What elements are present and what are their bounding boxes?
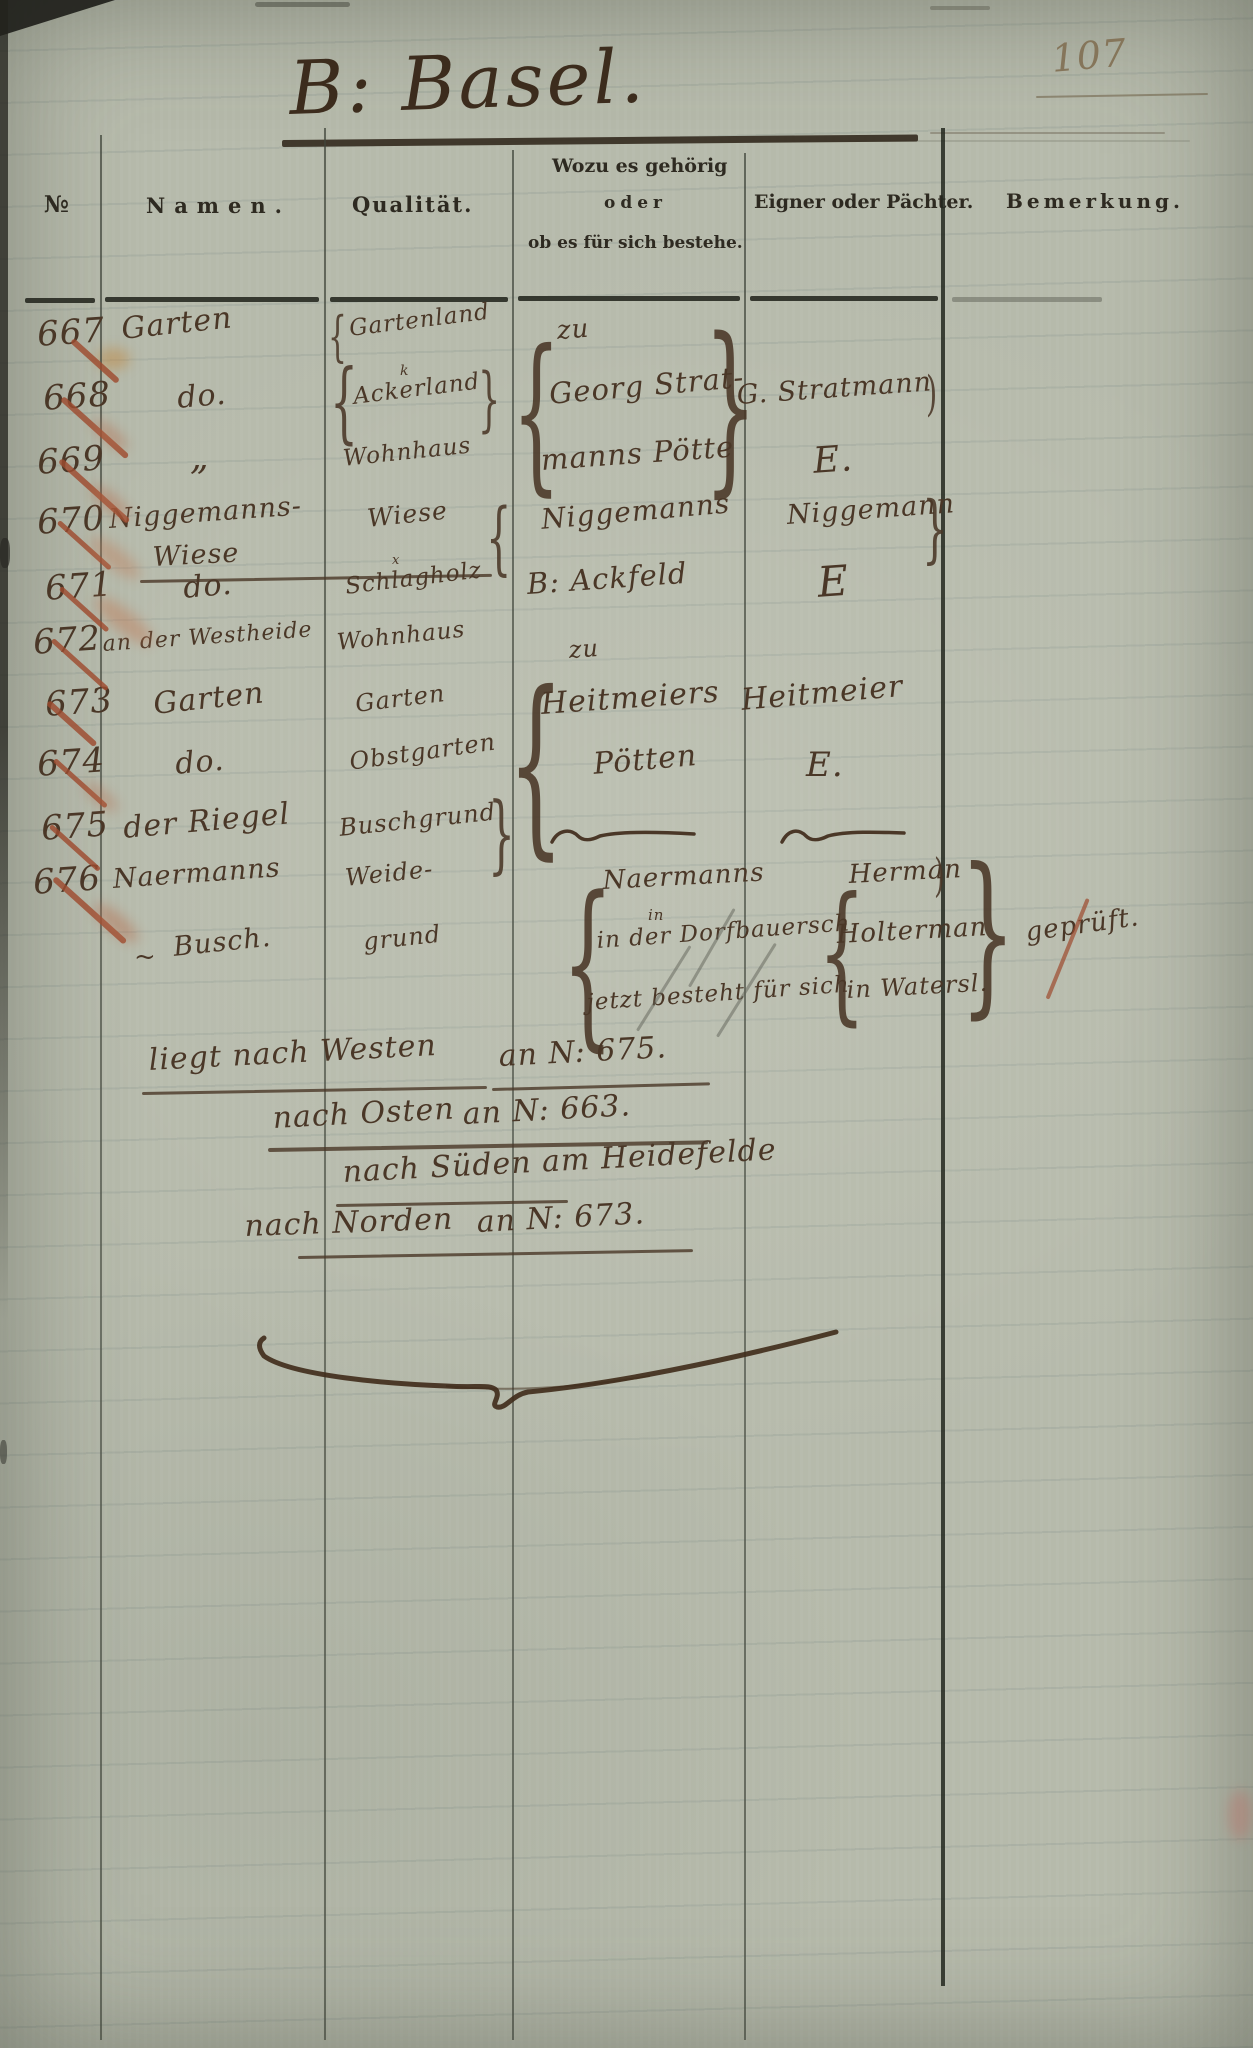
row-675-qual: Buschgrund [338, 800, 497, 840]
page-edge-corner [0, 0, 115, 36]
boundary-west-ref: an N: 675. [498, 1033, 668, 1072]
flourish-eigner-676: ) [934, 852, 945, 898]
column-rule-namen [324, 128, 326, 2040]
header-bemerkung: Bemerkung. [1006, 190, 1184, 212]
ditto-squiggle-eigner-675 [778, 824, 908, 850]
row-667-qual: Gartenland [348, 301, 491, 341]
row-676-name-tilde: ~ [134, 944, 157, 970]
page-edge-top-1 [255, 2, 350, 7]
boundary-north-ref: an N: 673. [476, 1199, 646, 1238]
stain-right-pink [1228, 1790, 1252, 1840]
row-673-wozu: Heitmeiers [540, 678, 721, 720]
row-671-qual-sup: x [392, 554, 400, 567]
flourish-eigner-668: ) [926, 370, 937, 418]
brace-eigner-676: { [818, 878, 866, 1028]
register-page: 107 B: Basel. № Namen. Qualität. Wozu es… [0, 0, 1253, 2048]
row-676-name2: Busch. [172, 924, 272, 961]
title-underline-ext [930, 132, 1165, 134]
row-672-wozu: zu [568, 636, 600, 662]
brace-eigner-670: } [922, 492, 948, 566]
row-670-name: Niggemanns- [108, 493, 303, 533]
row-671-qual: Schlagholz [344, 559, 483, 599]
header-rule-1 [25, 298, 95, 303]
page-edge-left [0, 0, 8, 1320]
brace-bemerkung-676: } [960, 846, 1016, 1021]
row-671-name: do. [182, 570, 234, 604]
header-wozu-line2: oder [604, 194, 667, 213]
page-edge-mark-1 [0, 538, 10, 568]
boundary-north-underline [298, 1249, 693, 1259]
row-667-no: 667 [36, 313, 106, 352]
row-670-wozu: Niggemanns [540, 489, 731, 533]
header-wozu-line1: Wozu es gehörig [552, 156, 727, 177]
row-676-qual2: grund [362, 922, 442, 954]
row-671-eigner: E [816, 560, 851, 604]
row-673-name: Garten [152, 678, 266, 719]
red-smudge-676 [89, 898, 143, 948]
row-676-name: Naermanns [112, 854, 281, 893]
row-676-eigner: Herman [848, 856, 963, 888]
header-wozu-line3: ob es für sich bestehe. [528, 234, 743, 253]
row-673-qual: Garten [354, 681, 447, 716]
row-668-qual-sup: k [400, 364, 409, 378]
page-number: 107 [1050, 33, 1129, 77]
row-668-eigner: G. Stratmann [736, 368, 933, 409]
row-669-qual: Wohnhaus [342, 435, 472, 471]
row-672-qual: Wohnhaus [336, 619, 466, 655]
row-676-qual: Weide- [344, 857, 434, 890]
brace-qual-670: { [486, 498, 511, 578]
header-namen: Namen. [146, 194, 291, 217]
row-676-wozu: Naermanns [602, 860, 765, 894]
page-title: B: Basel. [288, 40, 648, 126]
row-674-qual: Obstgarten [348, 729, 497, 773]
row-675-name: der Riegel [122, 799, 291, 843]
row-673-eigner: Heitmeier [740, 672, 904, 716]
column-rule-eigner [941, 128, 945, 1986]
closing-flourish [250, 1318, 850, 1418]
row-676-wozu2-sup: in [648, 908, 664, 923]
brace-qual-668-close: } [478, 364, 500, 434]
row-674-wozu: Pötten [592, 741, 698, 780]
row-667-name: Garten [120, 303, 234, 344]
row-674-eigner: E. [806, 748, 844, 782]
page-number-underline [1036, 93, 1208, 98]
page-edge-mark-2 [0, 1440, 7, 1464]
row-669-eigner: E. [812, 441, 854, 480]
row-668-name: do. [176, 380, 228, 414]
title-underline [282, 134, 918, 147]
boundary-east-ref: an N: 663. [462, 1091, 632, 1130]
ditto-squiggle-wozu-675 [548, 824, 698, 850]
header-qualitaet: Qualität. [352, 193, 473, 216]
boundary-west-label: liegt nach Westen [148, 1031, 437, 1076]
row-668-qual: Ackerland [352, 370, 481, 408]
boundary-south-label: nach Süden am Heidefelde [342, 1135, 777, 1188]
row-667-wozu: zu [556, 316, 590, 344]
header-rule-6 [952, 297, 1102, 302]
row-671-wozu: B: Ackfeld [526, 559, 688, 599]
row-669-name: „ [190, 440, 210, 476]
row-674-name: do. [174, 746, 226, 780]
brace-wozu-676: { [562, 874, 614, 1054]
boundary-east-label: nach Osten [272, 1094, 455, 1133]
brace-qual-675: } [488, 792, 515, 877]
row-676-wozu3: jetzt besteht für sich [586, 974, 850, 1015]
page-edge-top-2 [930, 6, 990, 10]
header-rule-5 [750, 296, 938, 301]
boundary-north-label: nach Norden [244, 1205, 454, 1242]
row-670-qual: Wiese [366, 498, 449, 531]
header-no: № [44, 192, 69, 217]
